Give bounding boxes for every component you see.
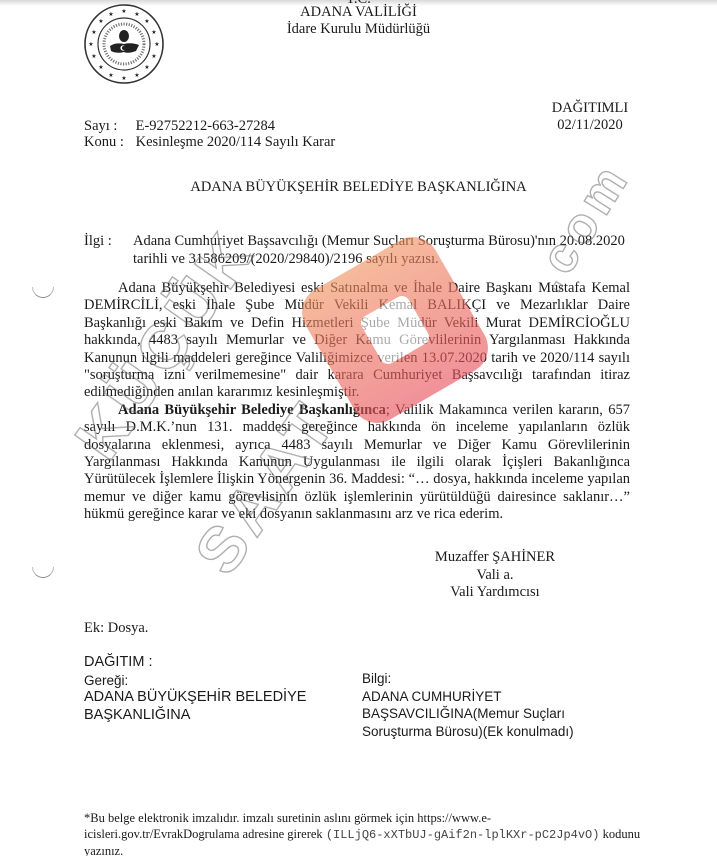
svg-text:★: ★: [108, 72, 113, 79]
letter-body: Adana Büyükşehir Belediyesi eski Satınal…: [84, 280, 630, 524]
distribution-info-label: Bilgi:: [362, 670, 574, 688]
distribution-action-label: Gereği:: [84, 672, 306, 690]
reference-number-row: Sayı : E-92752212-663-27284: [84, 118, 275, 135]
body-paragraph-2: Adana Büyükşehir Belediye Başkanlığınca;…: [84, 402, 630, 524]
distribution-info-line-1: ADANA CUMHURİYET: [362, 688, 574, 706]
signatory-title-1: Vali a.: [420, 567, 570, 585]
subject-label: Konu :: [84, 134, 132, 151]
addressee: ADANA BÜYÜKŞEHİR BELEDİYE BAŞKANLIĞINA: [0, 179, 717, 196]
distribution-heading: DAĞITIM :: [84, 654, 306, 672]
footer-text-2: adresine girerek: [239, 827, 325, 841]
svg-text:★: ★: [91, 53, 96, 60]
department-title: İdare Kurulu Müdürlüğü: [0, 21, 717, 38]
svg-text:★: ★: [98, 64, 103, 71]
document-date: 02/11/2020: [540, 117, 640, 134]
svg-text:★: ★: [154, 41, 159, 48]
distribution-flag: DAĞITIMLI 02/11/2020: [540, 100, 640, 134]
reference-number-value: E-92752212-663-27284: [136, 118, 275, 135]
distribution-flag-label: DAĞITIMLI: [540, 100, 640, 117]
distribution-info: Bilgi: ADANA CUMHURİYET BAŞSAVCILIĞINA(M…: [362, 670, 574, 740]
punch-hole: [32, 287, 54, 298]
body-paragraph-1: Adana Büyükşehir Belediyesi eski Satınal…: [84, 280, 630, 402]
svg-text:★: ★: [134, 72, 139, 79]
distribution-action-line-1: ADANA BÜYÜKŞEHİR BELEDİYE: [84, 689, 306, 707]
subject-value: Kesinleşme 2020/114 Sayılı Karar: [136, 134, 336, 151]
svg-text:★: ★: [88, 41, 93, 48]
svg-text:★: ★: [144, 64, 149, 71]
distribution-action-line-2: BAŞKANLIĞINA: [84, 707, 306, 725]
signature-block: Muzaffer ŞAHİNER Vali a. Vali Yardımcısı: [420, 549, 570, 602]
watermark-suffix: .com: [518, 151, 642, 301]
svg-text:★: ★: [121, 75, 126, 82]
body-paragraph-2-text: ; Valilik Makamınca verilen kararın, 657…: [84, 402, 630, 522]
verification-code: (ILLjQ6-xXTbUJ-gAif2n-lplKXr-pC2Jp4vO): [326, 828, 600, 842]
punch-hole: [32, 567, 54, 578]
authority-title: ADANA VALİLİĞİ: [0, 4, 717, 21]
svg-text:★: ★: [151, 53, 156, 60]
distribution-action: DAĞITIM : Gereği: ADANA BÜYÜKŞEHİR BELED…: [84, 654, 306, 724]
body-paragraph-2-emphasis: Adana Büyükşehir Belediye Başkanlığınca: [118, 402, 386, 418]
reference-label: İlgi :: [84, 233, 112, 251]
reference-text: Adana Cumhuriyet Başsavcılığı (Memur Suç…: [133, 233, 653, 268]
reference-number-label: Sayı :: [84, 118, 132, 135]
signatory-name: Muzaffer ŞAHİNER: [420, 549, 570, 567]
signatory-title-2: Vali Yardımcısı: [420, 584, 570, 602]
subject-row: Konu : Kesinleşme 2020/114 Sayılı Karar: [84, 134, 335, 151]
e-signature-footer: *Bu belge elektronik imzalıdır. imzalı s…: [84, 810, 644, 856]
distribution-info-line-2: BAŞSAVCILIĞINA(Memur Suçları: [362, 705, 574, 723]
footer-text-1: *Bu belge elektronik imzalıdır. imzalı s…: [84, 811, 417, 825]
distribution-info-line-3: Soruşturma Bürosu)(Ek konulmadı): [362, 723, 574, 741]
attachment-note: Ek: Dosya.: [84, 620, 148, 637]
